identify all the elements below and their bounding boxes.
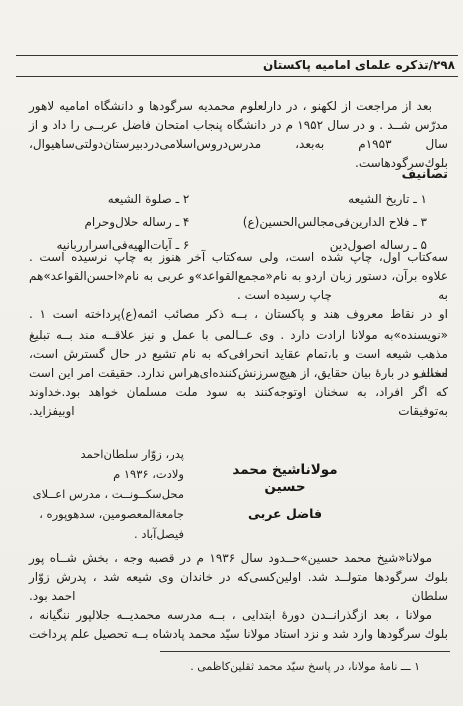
header-rule-bottom	[16, 76, 458, 77]
paragraph-3: «نویسنده»به مولانا ارادت دارد . وی عــال…	[29, 326, 448, 421]
paragraph-2-line: سه‌کتاب اول، چاپ شده است، ولی سه‌کتاب آخ…	[29, 248, 448, 267]
bio-detail-school: جامعةالمعصومین، سدهوپوره ،	[29, 504, 184, 524]
bio-name: مولاناشیخ محمد حسین	[220, 462, 350, 496]
paragraph-3-line: «نویسنده»به مولانا ارادت دارد . وی عــال…	[29, 326, 448, 345]
paragraph-3-line: است و در بارۀ بیان حقایق، از هیچ‌سرزنش‌ک…	[29, 364, 448, 383]
paragraph-3-line: اوبیفزاید.	[29, 402, 448, 421]
works-heading: تصانیف	[29, 166, 448, 181]
work-item-4: ۴ ـ رساله حلال‌وحرام	[29, 211, 213, 234]
paragraph-4-line: احمد بود.	[29, 587, 448, 606]
bio-detail-birth: ولادت، ۱۹۳۶ م	[29, 464, 184, 484]
page-header-title: ۲۹۸/تذکره علمای امامیه پاکستان	[16, 58, 455, 72]
works-list: ۱ ـ تاریخ الشیعه ۲ ـ صلوة الشیعه ۳ ـ فلا…	[29, 188, 448, 257]
paragraph-3-line: که اگر افراد، به سخنان اوتوجه‌کنند به سو…	[29, 383, 448, 402]
paragraph-1-line: بعد از مراجعت از لکهنو ، در دارلعلوم محم…	[29, 97, 448, 116]
paragraph-3-line: مذهب شیعه است و با،تمام عقاید انحرافی‌که…	[29, 345, 448, 364]
bio-detail-residence: محل‌سکــونــت ، مدرس اعــلای	[29, 484, 184, 504]
paragraph-1: بعد از مراجعت از لکهنو ، در دارلعلوم محم…	[29, 97, 448, 154]
paragraph-4: مولانا«شیخ محمد حسین»حــدود سال ۱۹۳۶ م د…	[29, 549, 448, 644]
work-item-2: ۲ ـ صلوة الشیعه	[29, 188, 213, 211]
book-page: ۲۹۸/تذکره علمای امامیه پاکستان بعد از مر…	[0, 0, 463, 706]
work-item-1: ۱ ـ تاریخ الشیعه	[213, 188, 448, 211]
paragraph-4-line: مولانا«شیخ محمد حسین»حــدود سال ۱۹۳۶ م د…	[29, 549, 448, 568]
paragraph-1-line: مدرّس شــد . و در سال ۱۹۵۲ م در دانشگاه …	[29, 116, 448, 135]
paragraph-2-line: علاوه برآن، دستور زبان اردو به نام«مجمع‌…	[29, 267, 448, 286]
bio-detail-father: پدر، زوّار سلطان‌احمد	[29, 444, 184, 464]
bio-detail-city: فیصل‌آباد .	[29, 524, 184, 544]
paragraph-2-line: چاپ رسیده است .	[29, 286, 448, 305]
paragraph-1-line: سال ۱۹۵۳م به‌بعد، مدرس‌دروس‌اسلامی‌دردبی…	[29, 135, 448, 154]
footnote-rule	[160, 651, 450, 652]
paragraph-2: سه‌کتاب اول، چاپ شده است، ولی سه‌کتاب آخ…	[29, 248, 448, 324]
footnote-text: ۱ ـــ نامۀ مولانا، در پاسخ سیّد محمد ثقل…	[29, 659, 420, 675]
paragraph-4-line: بلوك سرگودها وارد شد و نزد استاد مولانا …	[29, 625, 448, 644]
paragraph-4-line: مولانا ، بعد ازگذرانــدن دورۀ ابتدایی ، …	[29, 606, 448, 625]
paragraph-4-line: بلوك سرگودها متولــد شد. اولین‌کسی‌که در…	[29, 568, 448, 587]
work-item-3: ۳ ـ فلاح الدارین‌فی‌مجالس‌الحسین(ع)	[213, 211, 448, 234]
paragraph-2-line: او در نقاط معروف هند و پاکستان ، بــه ذک…	[29, 305, 448, 324]
bio-degree: فاضل عربی	[220, 505, 350, 522]
bio-name-block: مولاناشیخ محمد حسین فاضل عربی	[220, 462, 350, 522]
header-rule-top	[16, 55, 458, 56]
bio-details: پدر، زوّار سلطان‌احمد ولادت، ۱۹۳۶ م محل‌…	[29, 444, 184, 544]
